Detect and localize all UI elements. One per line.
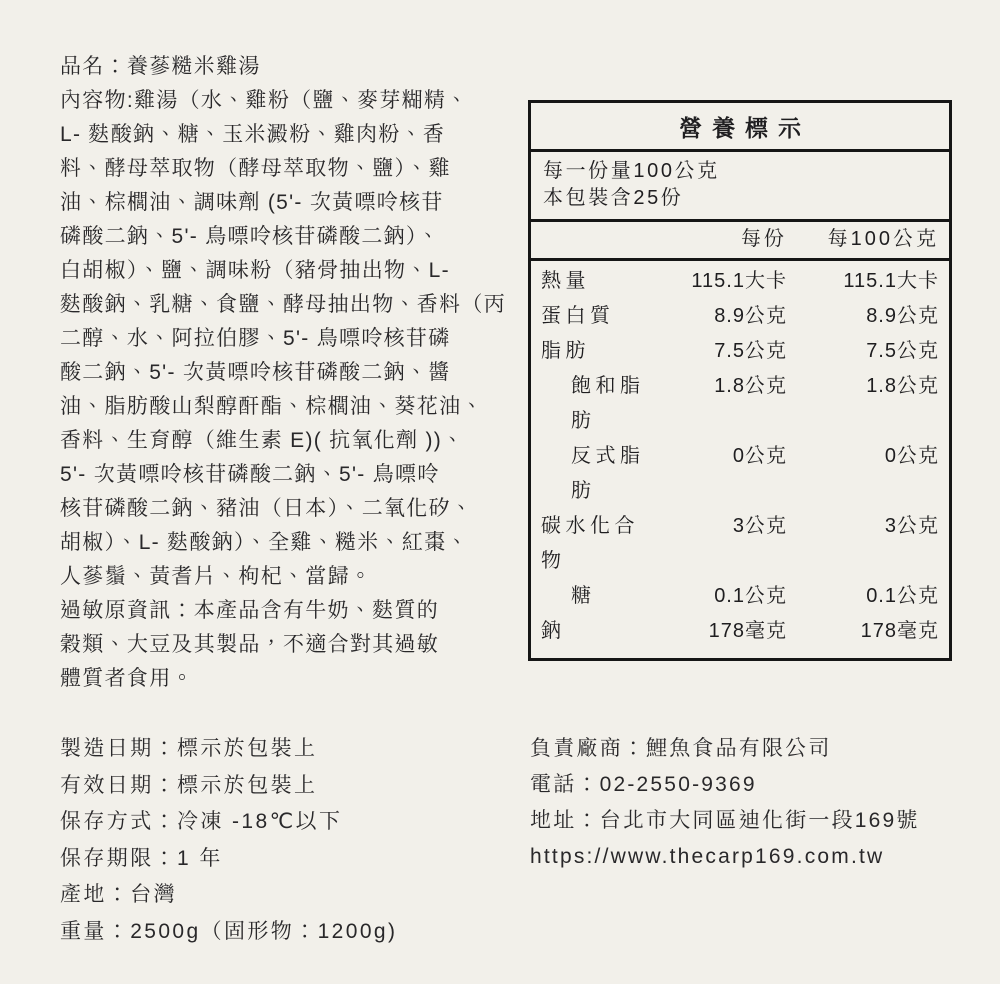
storage-method: 保存方式：冷凍 -18℃以下 [60,804,512,841]
product-name: 品名：養蔘糙米雞湯 [60,50,512,84]
nutrition-row-protein: 蛋白質 8.9公克 8.9公克 [541,299,939,334]
storage-info-section: 製造日期：標示於包裝上 有效日期：標示於包裝上 保存方式：冷凍 -18℃以下 保… [60,731,512,950]
product-label: 品名：養蔘糙米雞湯 內容物:雞湯（水、雞粉（鹽、麥芽糊精、 L- 麩酸鈉、糖、玉… [0,0,1000,984]
nutrient-per-serving: 115.1大卡 [657,264,787,299]
nutrient-per-serving: 0公克 [657,439,787,509]
nutrient-per-serving: 178毫克 [657,614,787,649]
column-header-spacer [541,226,657,253]
nutrient-name: 反式脂肪 [541,439,657,509]
shelf-life: 保存期限：1 年 [60,841,512,878]
nutrient-name: 脂肪 [541,334,657,369]
nutrient-per-100g: 3公克 [787,509,939,579]
nutrient-per-100g: 115.1大卡 [787,264,939,299]
nutrient-per-100g: 1.8公克 [787,369,939,439]
nutrient-per-100g: 0.1公克 [787,579,939,614]
nutrition-title: 營養標示 [531,103,949,152]
manufacturer: 負責廠商：鯉魚食品有限公司 [530,731,970,767]
allergen-info: 過敏原資訊：本產品含有牛奶、麩質的 穀類、大豆及其製品，不適合對其過敏 體質者食… [60,594,512,696]
nutrition-row-trans-fat: 反式脂肪 0公克 0公克 [541,439,939,509]
address: 地址：台北市大同區迪化街一段169號 [530,803,970,839]
nutrition-rows: 熱量 115.1大卡 115.1大卡 蛋白質 8.9公克 8.9公克 脂肪 7.… [531,261,949,658]
website-url: https://www.thecarp169.com.tw [530,839,970,875]
nutrition-row-fat: 脂肪 7.5公克 7.5公克 [541,334,939,369]
nutrient-per-100g: 178毫克 [787,614,939,649]
nutrition-row-sugar: 糖 0.1公克 0.1公克 [541,579,939,614]
company-info-section: 負責廠商：鯉魚食品有限公司 電話：02-2550-9369 地址：台北市大同區迪… [530,731,970,875]
nutrition-row-carbohydrate: 碳水化合物 3公克 3公克 [541,509,939,579]
nutrition-row-saturated-fat: 飽和脂肪 1.8公克 1.8公克 [541,369,939,439]
ingredients-text: 內容物:雞湯（水、雞粉（鹽、麥芽糊精、 L- 麩酸鈉、糖、玉米澱粉、雞肉粉、香 … [60,84,512,594]
origin: 產地：台灣 [60,877,512,914]
weight: 重量：2500g（固形物：1200g) [60,914,512,951]
nutrition-row-calories: 熱量 115.1大卡 115.1大卡 [541,264,939,299]
column-header-per-serving: 每份 [657,226,787,253]
expiry-date: 有效日期：標示於包裝上 [60,768,512,805]
nutrient-name: 糖 [541,579,657,614]
nutrient-name: 熱量 [541,264,657,299]
ingredients-section: 品名：養蔘糙米雞湯 內容物:雞湯（水、雞粉（鹽、麥芽糊精、 L- 麩酸鈉、糖、玉… [60,50,512,696]
nutrient-per-serving: 7.5公克 [657,334,787,369]
production-date: 製造日期：標示於包裝上 [60,731,512,768]
nutrient-per-serving: 8.9公克 [657,299,787,334]
nutrient-per-serving: 0.1公克 [657,579,787,614]
nutrient-name: 碳水化合物 [541,509,657,579]
phone-number: 電話：02-2550-9369 [530,767,970,803]
nutrient-per-serving: 1.8公克 [657,369,787,439]
column-header-per-100g: 每100公克 [787,226,939,253]
nutrient-name: 飽和脂肪 [541,369,657,439]
nutrition-facts-table: 營養標示 每一份量100公克 本包裝含25份 每份 每100公克 熱量 115.… [528,100,952,661]
nutrient-name: 鈉 [541,614,657,649]
nutrient-per-100g: 0公克 [787,439,939,509]
nutrient-per-serving: 3公克 [657,509,787,579]
serving-info: 每一份量100公克 本包裝含25份 [531,152,949,222]
nutrient-per-100g: 7.5公克 [787,334,939,369]
nutrient-name: 蛋白質 [541,299,657,334]
nutrition-row-sodium: 鈉 178毫克 178毫克 [541,614,939,649]
nutrient-per-100g: 8.9公克 [787,299,939,334]
nutrition-column-headers: 每份 每100公克 [531,222,949,261]
